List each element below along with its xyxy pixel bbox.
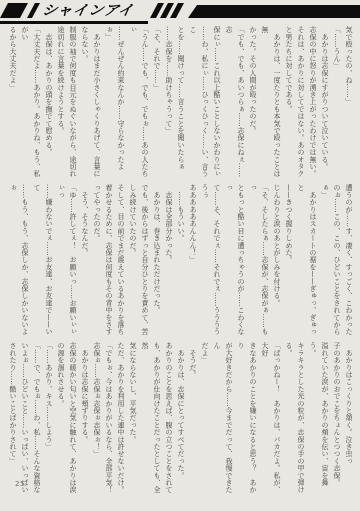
text-block-bottom: あかりはこっくりと頷く。泣き虫っ 子のあかりのおでこをちょんとつつく志保。 溢れ… bbox=[7, 342, 355, 499]
header-black-bar bbox=[188, 5, 360, 18]
logo-title: シャインアイ bbox=[40, 0, 154, 20]
header-underline bbox=[0, 21, 148, 24]
logo-slash-icon bbox=[27, 3, 40, 18]
scanned-page: シャインアイ 気で殴ったの、ね……」 「……うん」 あかりは志保にすがりついて泣… bbox=[0, 0, 360, 511]
page-number: 25 bbox=[15, 480, 25, 488]
logo-header: シャインアイ bbox=[0, 0, 360, 26]
text-block-top: 気で殴ったの、ね……」 「……うん」 あかりは志保にすがりついて泣いている。 志… bbox=[7, 26, 355, 183]
logo-parallelogram bbox=[0, 3, 28, 18]
text-block-middle: 遭うのが……す、凄く、すっごく、こわかった のぉ……この、この、ひどいことをされ… bbox=[7, 184, 355, 341]
